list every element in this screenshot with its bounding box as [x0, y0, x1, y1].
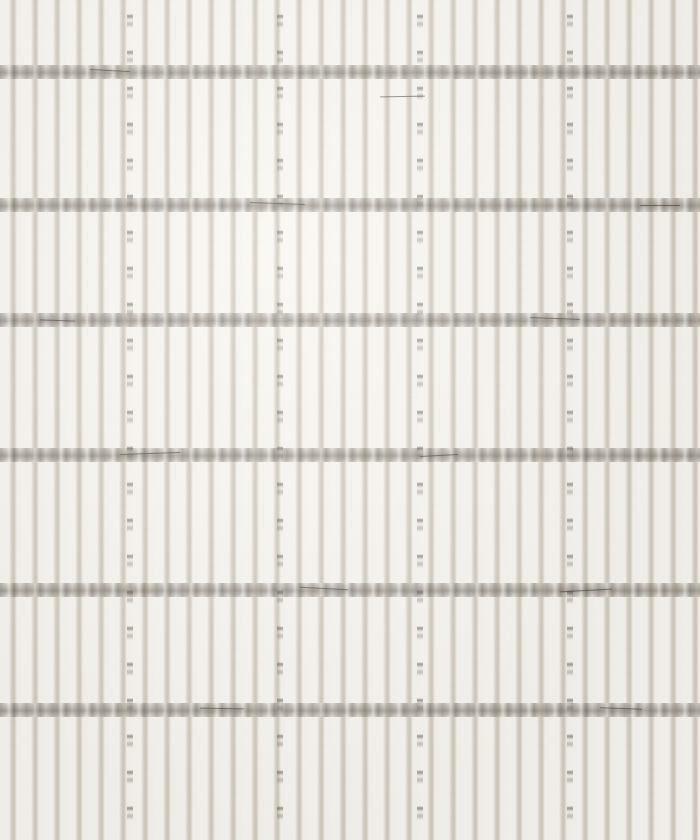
horizontal-accent-band [0, 448, 700, 462]
vertical-accent-column [417, 0, 423, 840]
vertical-accent-column [567, 0, 573, 840]
vertical-accent-column [127, 0, 133, 840]
tweed-fabric-texture [0, 0, 700, 840]
horizontal-accent-band [0, 313, 700, 327]
dark-thread [640, 205, 680, 206]
horizontal-accent-band [0, 65, 700, 79]
horizontal-accent-band [0, 198, 700, 212]
horizontal-accent-band [0, 703, 700, 717]
vertical-accent-column [277, 0, 283, 840]
